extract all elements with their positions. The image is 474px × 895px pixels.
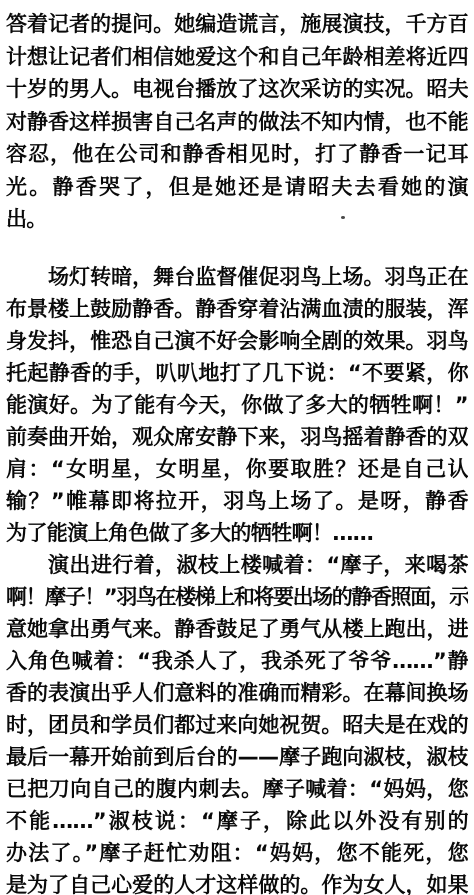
text-line: 前奏曲开始，观众席安静下来，羽鸟摇着静香的双 [6, 421, 468, 453]
text-line: 啊！摩子！”羽鸟在楼梯上和将要出场的静香照面，示 [6, 581, 468, 613]
text-line: 为了能演上角色做了多大的牺牲啊！…… [6, 517, 468, 549]
text-line: 身发抖，惟恐自己演不好会影响全剧的效果。羽鸟 [6, 325, 468, 357]
text-line: 不能……”淑枝说：“摩子，除此以外没有别的 [6, 805, 468, 837]
text-line: 香的表演出乎人们意料的准确而精彩。在幕间换场 [6, 677, 468, 709]
text-line: 肩：“女明星，女明星，你要取胜？还是自己认 [6, 453, 468, 485]
text-line: 出。 [6, 203, 468, 236]
paragraph-interview: 答着记者的提问。她编造谎言，施展演技，千方百 计想让记者们相信她爱这个和自己年龄… [6, 8, 468, 236]
text-line: 时，团员和学员们都过来向她祝贺。昭夫是在戏的 [6, 709, 468, 741]
text-line: 是为了自己心爱的人才这样做的。作为女人，如果 [6, 869, 468, 895]
text-line: 场灯转暗，舞台监督催促羽鸟上场。羽鸟正在 [6, 261, 468, 293]
text-line: 答着记者的提问。她编造谎言，施展演技，千方百 [6, 8, 468, 41]
text-line: 意她拿出勇气来。静香鼓足了勇气从楼上跑出，进 [6, 613, 468, 645]
text-line: 演出进行着，淑枝上楼喊着：“摩子，来喝茶 [6, 549, 468, 581]
text-line: 能演好。为了能有今天，你做了多大的牺牲啊！” [6, 389, 468, 421]
text-line: 入角色喊着：“我杀人了，我杀死了爷爷……”静 [6, 645, 468, 677]
text-line: 对静香这样损害自己名声的做法不知内情，也不能 [6, 106, 468, 139]
text-line: 光。静香哭了，但是她还是请昭夫去看她的演 [6, 171, 468, 204]
text-line: 最后一幕开始前到后台的——摩子跑向淑枝，淑枝 [6, 741, 468, 773]
text-line: 托起静香的手，叭叭地打了几下说：“不要紧，你 [6, 357, 468, 389]
text-line: 布景楼上鼓励静香。静香穿着沾满血渍的服装，浑 [6, 293, 468, 325]
text-line: 容忍，他在公司和静香相见时，打了静香一记耳 [6, 138, 468, 171]
text-line: 十岁的男人。电视台播放了这次采访的实况。昭夫 [6, 73, 468, 106]
paragraph-backstage: 场灯转暗，舞台监督催促羽鸟上场。羽鸟正在 布景楼上鼓励静香。静香穿着沾满血渍的服… [6, 261, 468, 549]
text-line: 计想让记者们相信她爱这个和自己年龄相差将近四 [6, 41, 468, 74]
text-line: 输？”帷幕即将拉开，羽鸟上场了。是呀，静香 [6, 485, 468, 517]
scan-speck-dot [341, 216, 345, 219]
book-page: 答着记者的提问。她编造谎言，施展演技，千方百 计想让记者们相信她爱这个和自己年龄… [0, 0, 474, 895]
paragraph-performance: 演出进行着，淑枝上楼喊着：“摩子，来喝茶 啊！摩子！”羽鸟在楼梯上和将要出场的静… [6, 549, 468, 895]
text-line: 办法了。”摩子赶忙劝阻：“妈妈，您不能死，您 [6, 837, 468, 869]
text-line: 已把刀向自己的腹内刺去。摩子喊着：“妈妈，您 [6, 773, 468, 805]
